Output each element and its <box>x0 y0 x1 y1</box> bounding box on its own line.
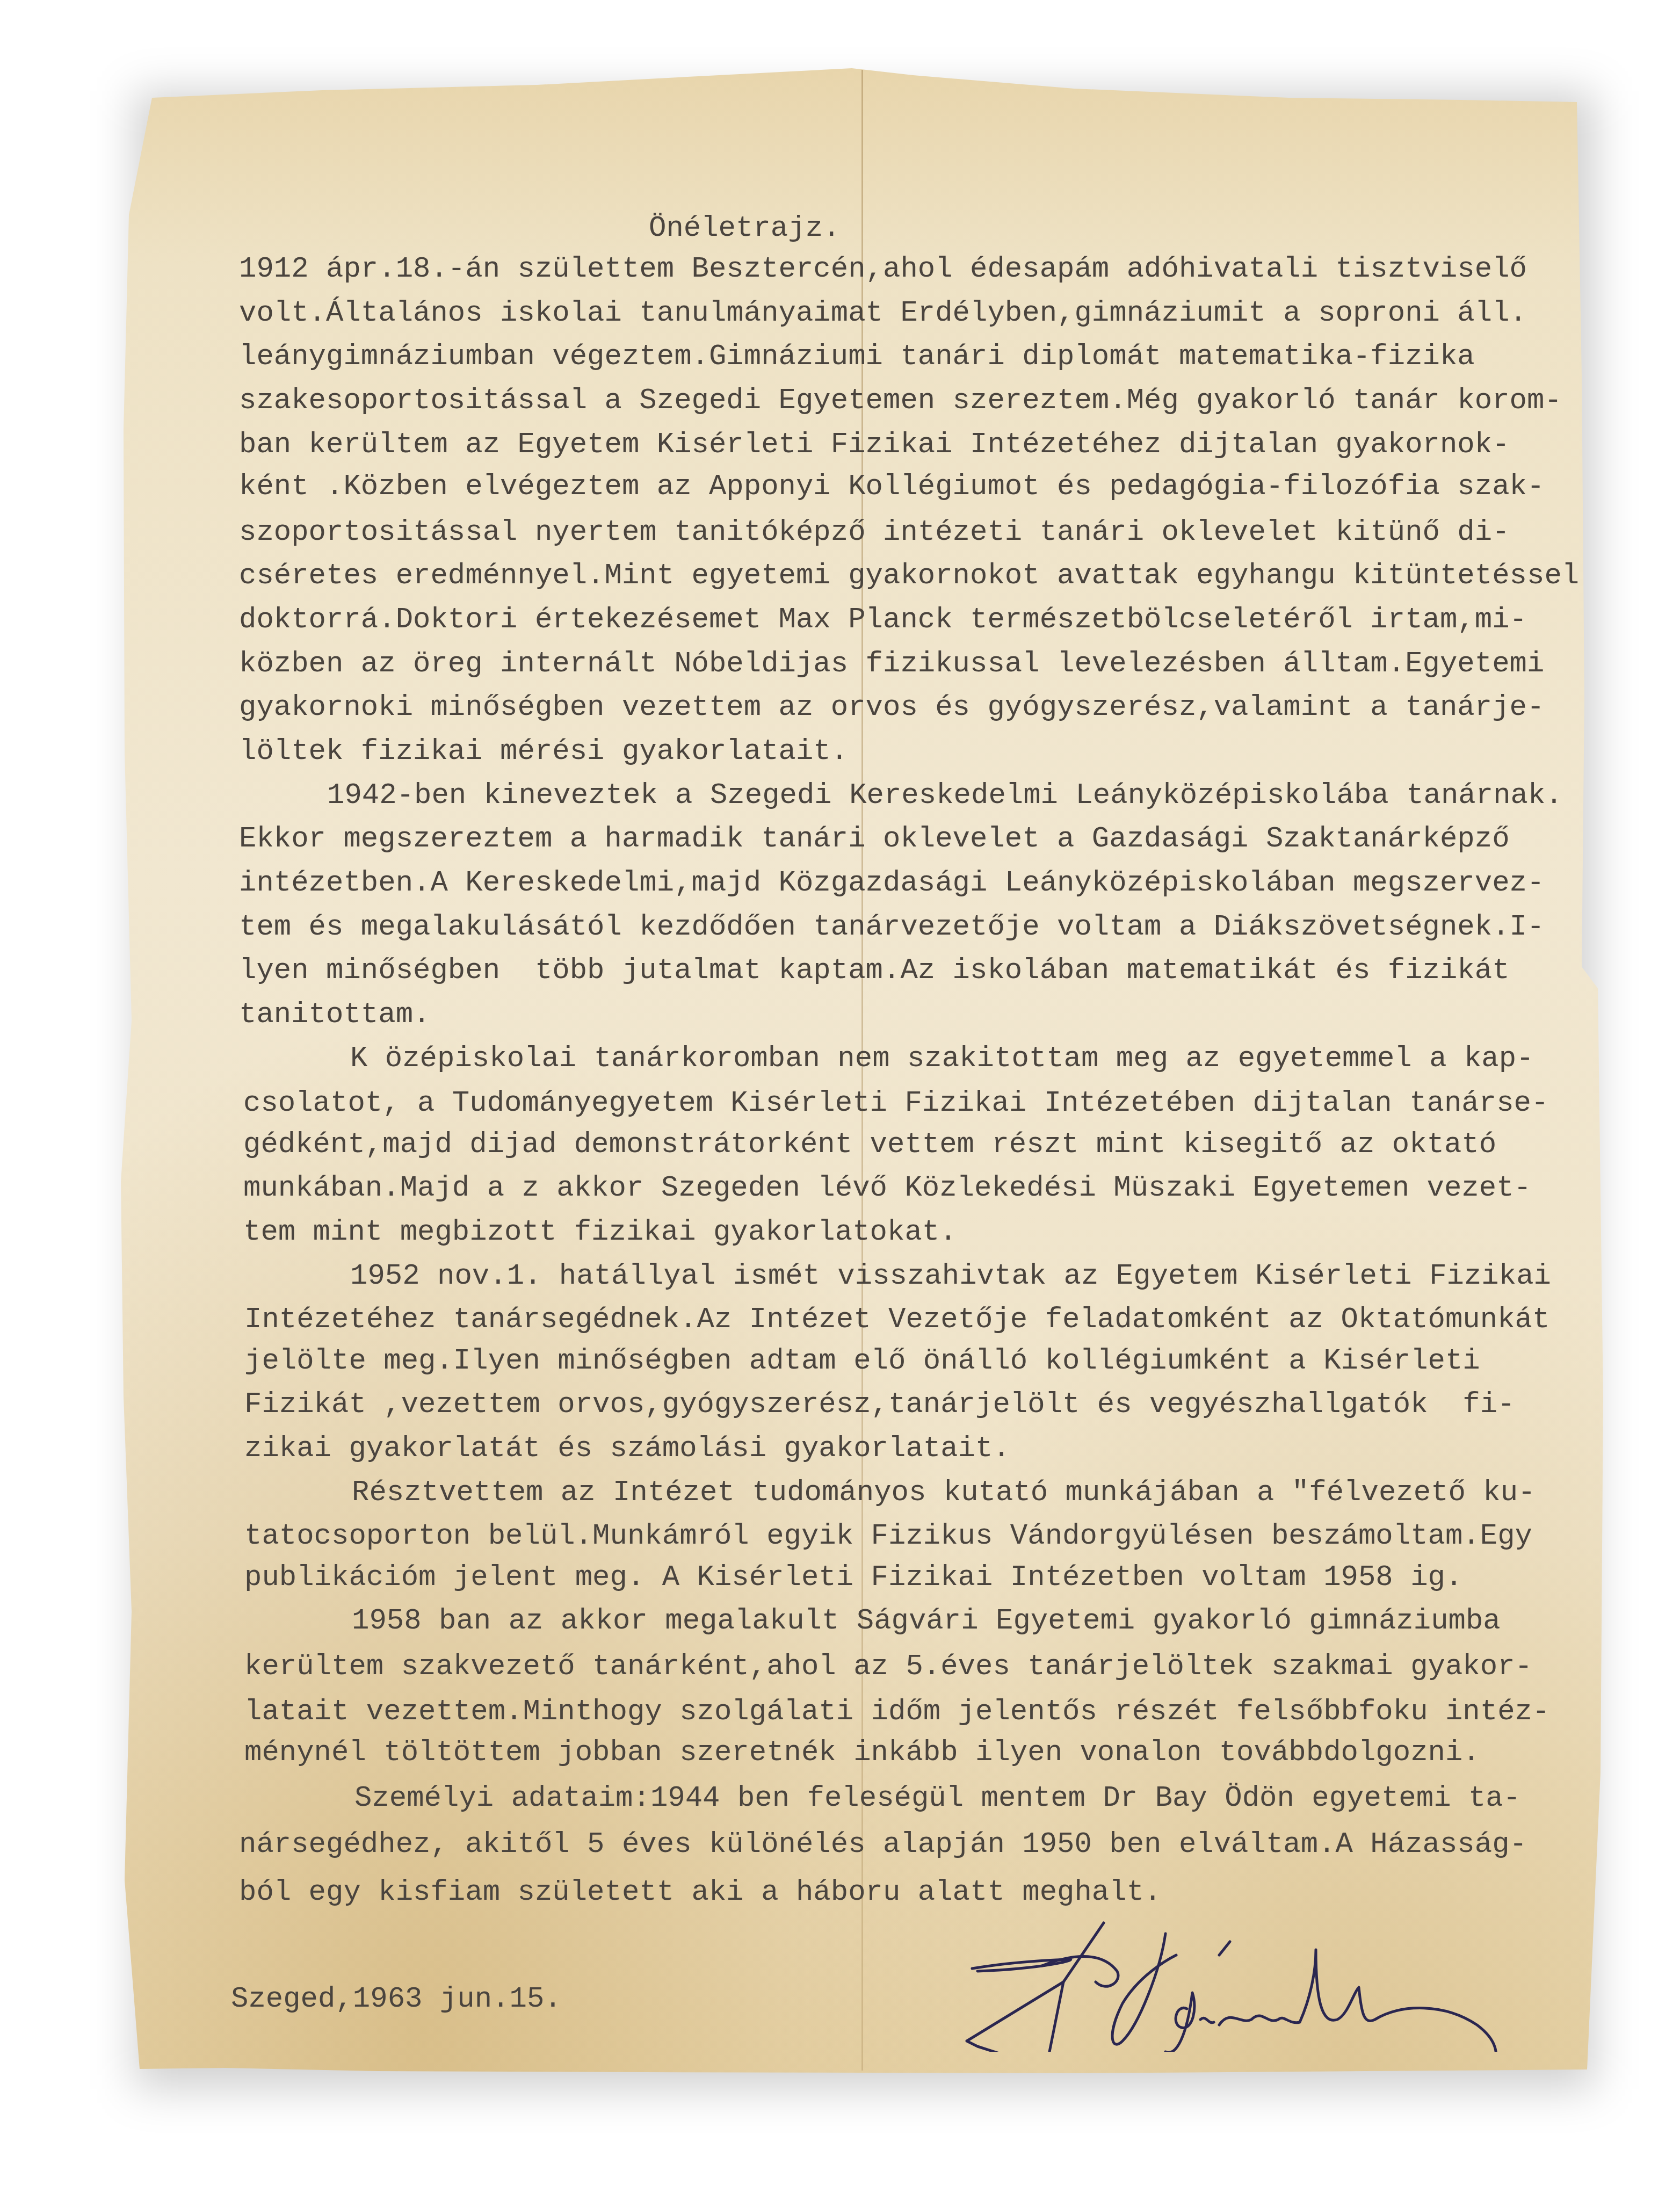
text-line: publikációm jelent meg. A Kisérleti Fizi… <box>244 1562 1462 1594</box>
text-line: ként .Közben elvégeztem az Apponyi Kollé… <box>239 471 1544 503</box>
text-line: intézetben.A Kereskedelmi,majd Közgazdas… <box>239 867 1544 900</box>
text-line: gédként,majd dijad demonstrátorként vett… <box>243 1129 1496 1161</box>
text-line: 1952 nov.1. hatállyal ismét visszahivtak… <box>350 1261 1551 1293</box>
text-line: 1912 ápr.18.-án születtem Besztercén,aho… <box>239 254 1527 286</box>
text-line: tem és megalakulásától kezdődően tanárve… <box>239 911 1544 944</box>
text-line: jelölte meg.Ilyen minőségben adtam elő ö… <box>244 1345 1480 1378</box>
text-line: zikai gyakorlatát és számolási gyakorlat… <box>244 1433 1010 1465</box>
text-line: Résztvettem az Intézet tudományos kutató… <box>352 1477 1536 1509</box>
text-line: gyakornoki minőségben vezettem az orvos … <box>239 692 1544 724</box>
text-line: közben az öreg internált Nóbeldijas fizi… <box>239 648 1544 681</box>
text-line: ban kerültem az Egyetem Kisérleti Fizika… <box>239 429 1510 461</box>
text-line: szoportositással nyertem tanitóképző int… <box>239 517 1510 549</box>
text-line: Fizikát ,vezettem orvos,gyógyszerész,tan… <box>244 1389 1515 1421</box>
text-line: löltek fizikai mérési gyakorlatait. <box>239 736 848 768</box>
text-line: cséretes eredménnyel.Mint egyetemi gyako… <box>239 560 1579 592</box>
text-line: ménynél töltöttem jobban szeretnék inkáb… <box>244 1737 1480 1769</box>
text-line: tatocsoporton belül.Munkámról egyik Fizi… <box>244 1521 1532 1553</box>
text-line: Személyi adataim:1944 ben feleségül ment… <box>354 1783 1520 1815</box>
text-line: 1942-ben kineveztek a Szegedi Kereskedel… <box>327 780 1563 812</box>
text-line: csolatot, a Tudományegyetem Kisérleti Fi… <box>243 1088 1548 1120</box>
text-line: kerültem szakvezető tanárként,ahol az 5.… <box>244 1651 1532 1683</box>
text-line: lyen minőségben több jutalmat kaptam.Az … <box>239 955 1510 987</box>
signature-icon <box>961 1917 1558 2052</box>
text-line: tem mint megbizott fizikai gyakorlatokat… <box>243 1217 957 1249</box>
text-line: tanitottam. <box>239 999 430 1031</box>
text-line: leánygimnáziumban végeztem.Gimnáziumi ta… <box>239 341 1475 373</box>
text-line: 1958 ban az akkor megalakult Ságvári Egy… <box>352 1605 1501 1638</box>
text-line: ból egy kisfiam született aki a háboru a… <box>239 1877 1161 1909</box>
text-line: szakesoportositással a Szegedi Egyetemen… <box>239 385 1562 417</box>
text-line: Intézetéhez tanársegédnek.Az Intézet Vez… <box>244 1304 1549 1336</box>
text-line: latait vezettem.Minthogy szolgálati időm… <box>244 1696 1549 1728</box>
text-line: doktorrá.Doktori értekezésemet Max Planc… <box>239 604 1527 636</box>
text-line: volt.Általános iskolai tanulmányaimat Er… <box>239 298 1527 330</box>
place-date: Szeged,1963 jun.15. <box>231 1984 562 2016</box>
document-title: Önéletrajz. <box>649 212 840 245</box>
text-line: munkában.Majd a z akkor Szegeden lévő Kö… <box>243 1173 1531 1205</box>
text-line: Ekkor megszereztem a harmadik tanári okl… <box>239 823 1510 856</box>
text-line: K özépiskolai tanárkoromban nem szakitot… <box>350 1043 1534 1075</box>
text-line: nársegédhez, akitől 5 éves különélés ala… <box>239 1829 1527 1861</box>
